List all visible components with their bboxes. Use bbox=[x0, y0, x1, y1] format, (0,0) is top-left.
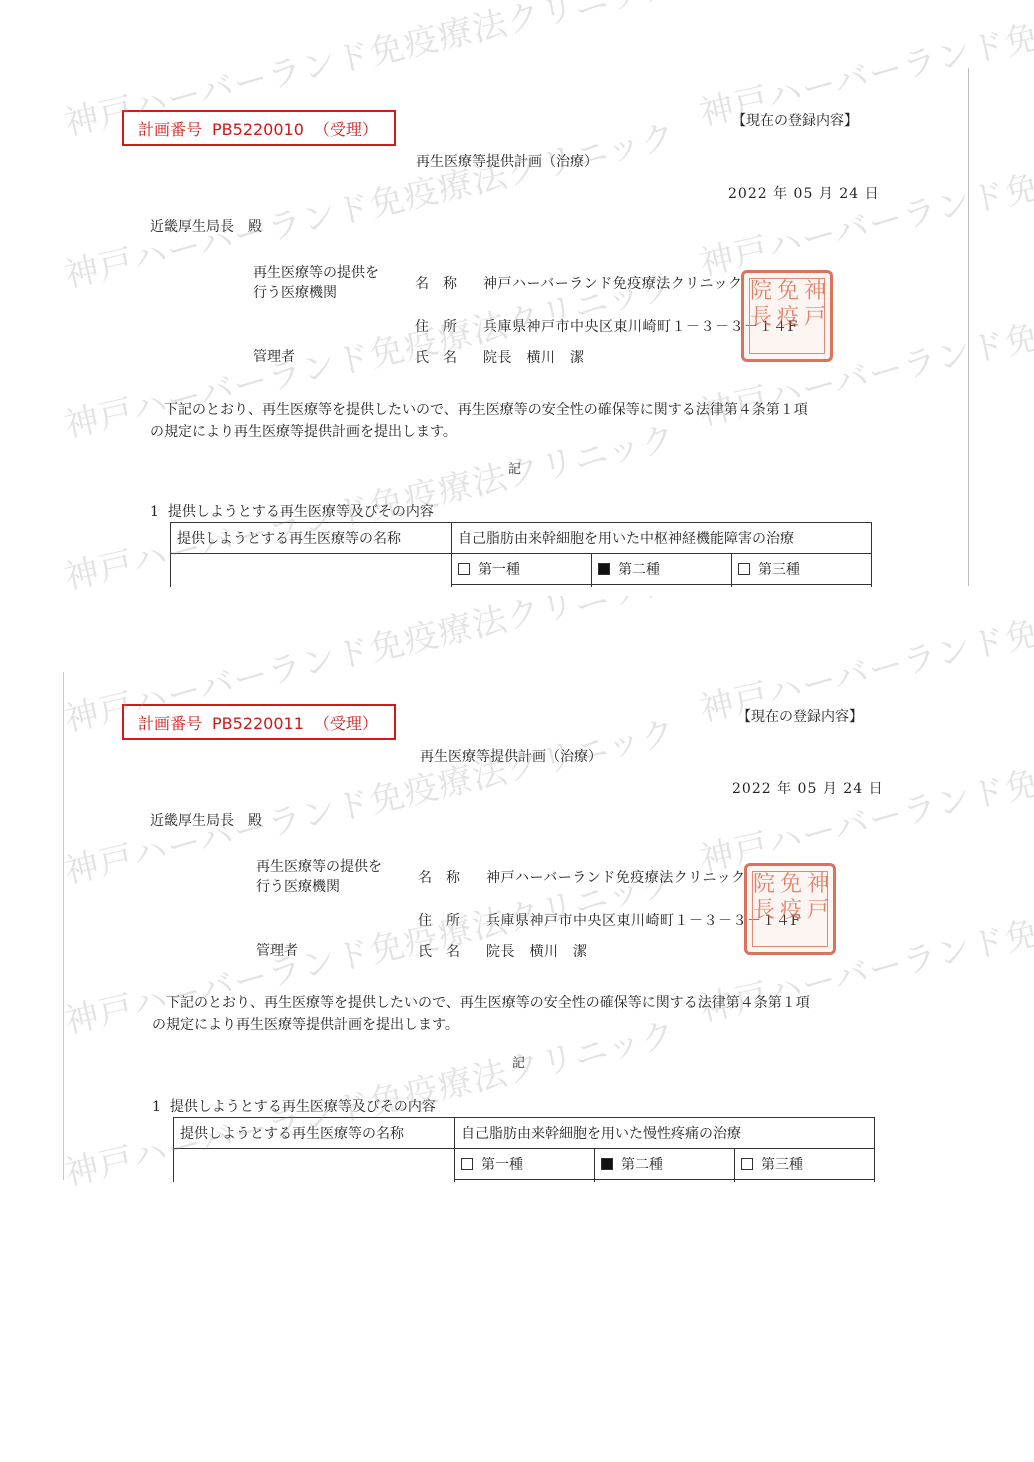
checkbox-empty-icon bbox=[741, 1158, 753, 1170]
institution-name: 神戸ハーバーランド免疫療法クリニック bbox=[483, 273, 742, 293]
plan-table: 提供しようとする再生医療等の名称 自己脂肪由来幹細胞を用いた中枢神経機能障害の治… bbox=[170, 522, 872, 587]
official-seal: 神戸 免疫 院長 bbox=[744, 863, 836, 955]
checkbox-empty-icon bbox=[738, 563, 750, 575]
class-option-3: 第三種 bbox=[734, 1149, 874, 1180]
person-key: 氏名 bbox=[415, 347, 471, 367]
institution-label: 再生医療等の提供を 行う医療機関 bbox=[256, 857, 382, 897]
registry-label: 【現在の登録内容】 bbox=[737, 706, 863, 726]
page-edge bbox=[63, 672, 64, 1180]
addressee: 近畿厚生局長 殿 bbox=[150, 810, 262, 830]
manager-name: 院長 横川 潔 bbox=[486, 941, 588, 961]
class-option-2: 第二種 bbox=[594, 1149, 734, 1180]
plan-status: （受理） bbox=[314, 120, 378, 139]
address-key: 住所 bbox=[418, 910, 474, 930]
plan-number-label: 計画番号 bbox=[138, 120, 202, 139]
table-header-name: 提供しようとする再生医療等の名称 bbox=[174, 1118, 455, 1149]
document-page-2: 計画番号PB5220011（受理） 【現在の登録内容】 再生医療等提供計画（治療… bbox=[0, 596, 1034, 1196]
checkbox-filled-icon bbox=[601, 1158, 613, 1170]
manager-label: 管理者 bbox=[253, 347, 295, 367]
institution-label: 再生医療等の提供を 行う医療機関 bbox=[253, 263, 379, 303]
body-paragraph: 下記のとおり、再生医療等を提供したいので、再生医療等の安全性の確保等に関する法律… bbox=[152, 992, 892, 1036]
name-key: 名称 bbox=[418, 867, 474, 887]
document-title: 再生医療等提供計画（治療） bbox=[420, 746, 602, 766]
manager-name: 院長 横川 潔 bbox=[483, 347, 585, 367]
document-page-1: 計画番号PB5220010（受理） 【現在の登録内容】 再生医療等提供計画（治療… bbox=[0, 0, 1034, 600]
table-header-name: 提供しようとする再生医療等の名称 bbox=[171, 523, 452, 554]
document-title: 再生医療等提供計画（治療） bbox=[416, 151, 598, 171]
document-date: 2022 年 05 月 24 日 bbox=[728, 183, 880, 203]
class-option-2: 第二種 bbox=[591, 554, 731, 585]
ki-heading: 記 bbox=[512, 1052, 525, 1071]
therapy-name: 自己脂肪由来幹細胞を用いた慢性疼痛の治療 bbox=[455, 1118, 875, 1149]
section-heading: 1 提供しようとする再生医療等及びその内容 bbox=[152, 1096, 436, 1116]
plan-status: （受理） bbox=[314, 714, 378, 733]
ki-heading: 記 bbox=[508, 458, 521, 477]
person-key: 氏名 bbox=[418, 941, 474, 961]
official-seal: 神戸 免疫 院長 bbox=[741, 270, 833, 362]
section-heading: 1 提供しようとする再生医療等及びその内容 bbox=[150, 501, 434, 521]
table-empty-cell bbox=[174, 1149, 455, 1180]
plan-number: PB5220010 bbox=[212, 120, 304, 139]
name-key: 名称 bbox=[415, 273, 471, 293]
plan-number-stamp: 計画番号PB5220011（受理） bbox=[122, 704, 396, 740]
body-paragraph: 下記のとおり、再生医療等を提供したいので、再生医療等の安全性の確保等に関する法律… bbox=[150, 399, 890, 443]
institution-name: 神戸ハーバーランド免疫療法クリニック bbox=[486, 867, 745, 887]
addressee: 近畿厚生局長 殿 bbox=[150, 216, 262, 236]
checkbox-filled-icon bbox=[598, 563, 610, 575]
checkbox-empty-icon bbox=[461, 1158, 473, 1170]
page-edge bbox=[968, 68, 969, 586]
plan-number: PB5220011 bbox=[212, 714, 304, 733]
class-option-1: 第一種 bbox=[452, 554, 592, 585]
manager-label: 管理者 bbox=[256, 941, 298, 961]
plan-number-label: 計画番号 bbox=[138, 714, 202, 733]
checkbox-empty-icon bbox=[458, 563, 470, 575]
address-key: 住所 bbox=[415, 316, 471, 336]
therapy-name: 自己脂肪由来幹細胞を用いた中枢神経機能障害の治療 bbox=[452, 523, 872, 554]
class-option-3: 第三種 bbox=[731, 554, 871, 585]
table-empty-cell bbox=[171, 554, 452, 585]
plan-table: 提供しようとする再生医療等の名称 自己脂肪由来幹細胞を用いた慢性疼痛の治療 第一… bbox=[173, 1117, 875, 1182]
plan-number-stamp: 計画番号PB5220010（受理） bbox=[122, 110, 396, 146]
class-option-1: 第一種 bbox=[455, 1149, 595, 1180]
document-date: 2022 年 05 月 24 日 bbox=[732, 778, 884, 798]
registry-label: 【現在の登録内容】 bbox=[732, 110, 858, 130]
